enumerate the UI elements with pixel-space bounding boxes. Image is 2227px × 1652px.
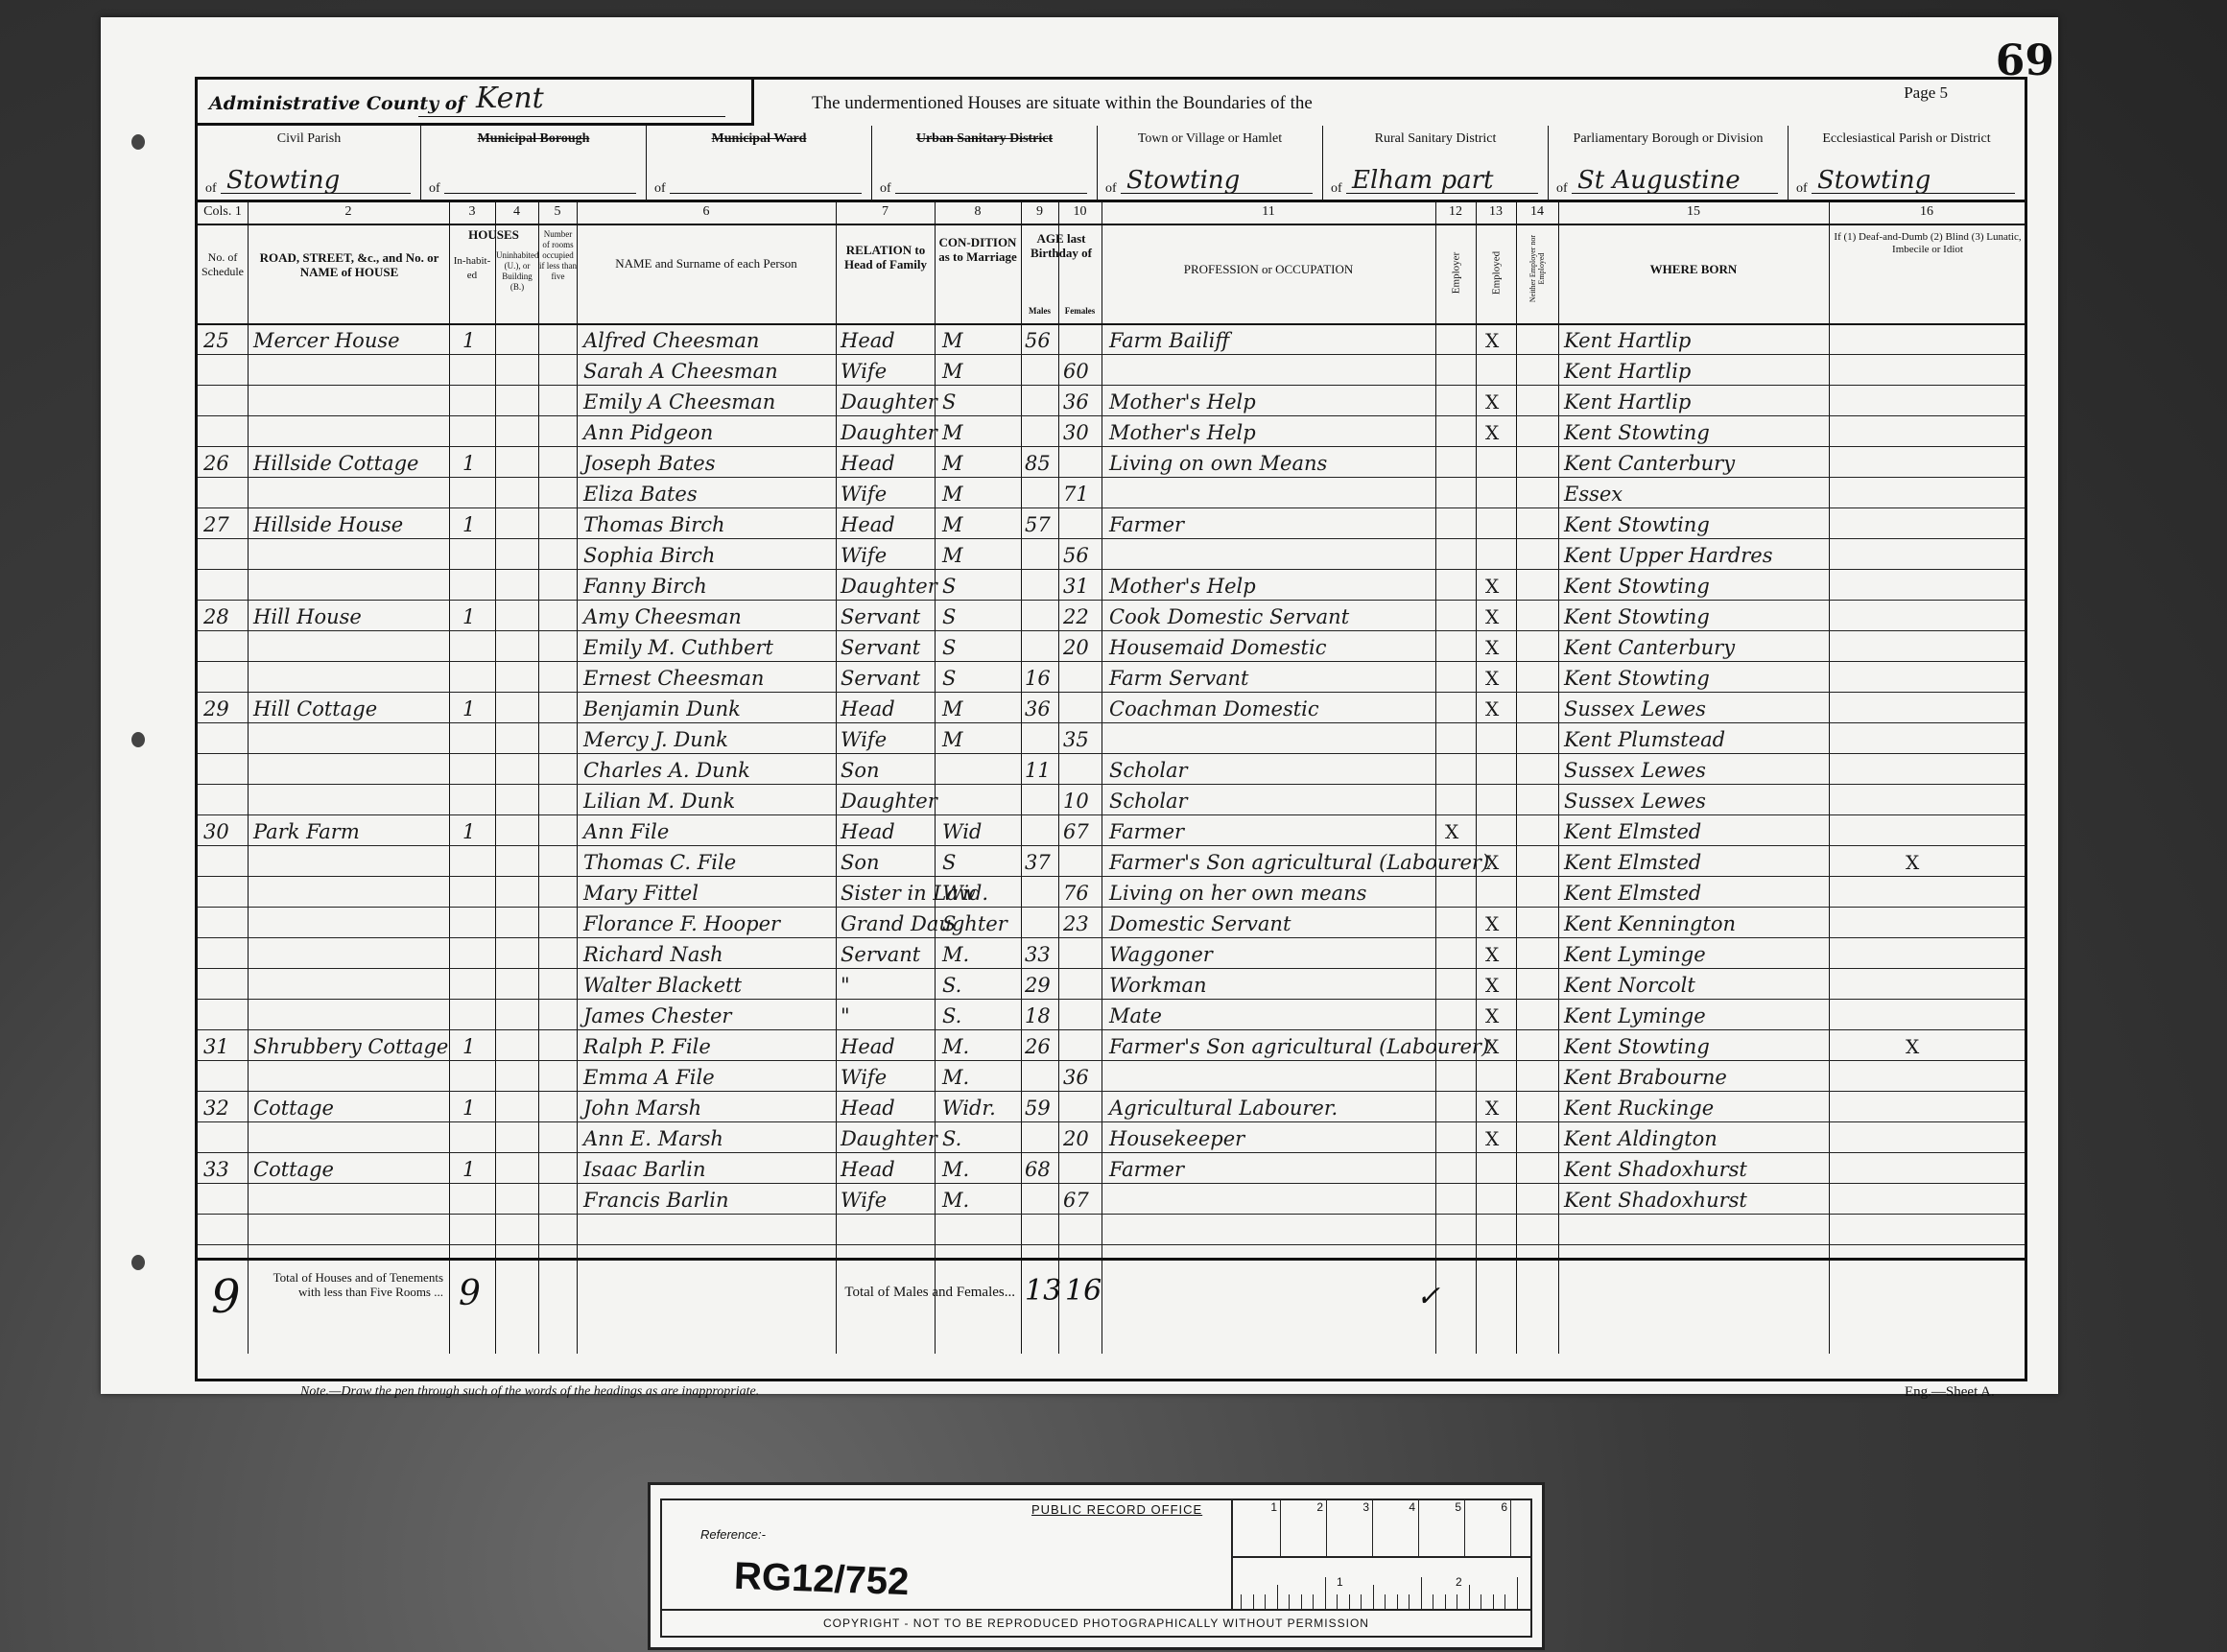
totals-row: 9 Total of Houses and of Tenements with … bbox=[198, 1258, 2025, 1383]
table-row: 28Hill House1Amy CheesmanServantS22Cook … bbox=[198, 600, 2025, 631]
scale-tick bbox=[1504, 1594, 1505, 1610]
cell-female-age: 67 bbox=[1063, 1189, 1089, 1212]
division-label: Civil Parish bbox=[198, 131, 420, 146]
scale-tick bbox=[1445, 1594, 1446, 1610]
county-underline bbox=[418, 116, 725, 117]
cell-name: Ann File bbox=[583, 820, 669, 843]
cell-condition: M bbox=[942, 697, 963, 720]
cell-name: Sarah A Cheesman bbox=[583, 360, 778, 383]
cell-male-age: 18 bbox=[1025, 1004, 1051, 1027]
of-label: of bbox=[429, 181, 440, 197]
cell-schedule: 33 bbox=[203, 1158, 229, 1181]
table-row: 30Park Farm1Ann FileHeadWid67FarmerXKent… bbox=[198, 814, 2025, 846]
houses-total-label: Total of Houses and of Tenements with le… bbox=[253, 1270, 443, 1299]
cell-relation: Head bbox=[841, 1097, 895, 1120]
cell-employed: X bbox=[1485, 390, 1499, 413]
cell-male-age: 11 bbox=[1025, 759, 1051, 782]
cell-relation: Wife bbox=[841, 728, 887, 751]
header-condition: CON-DITION as to Marriage bbox=[936, 235, 1019, 264]
cell-relation: Son bbox=[841, 759, 880, 782]
cell-occupation: Farmer's Son agricultural (Labourer) bbox=[1109, 851, 1489, 874]
cell-where-born: Kent Ruckinge bbox=[1564, 1097, 1714, 1120]
column-headers: No. of Schedule ROAD, STREET, &c., and N… bbox=[198, 224, 2025, 325]
schedules-total: 9 bbox=[211, 1270, 241, 1324]
cell-occupation: Farmer's Son agricultural (Labourer) bbox=[1109, 1035, 1489, 1058]
cell-employed: X bbox=[1485, 912, 1499, 935]
cell-schedule: 28 bbox=[203, 605, 229, 628]
table-row: Emily A CheesmanDaughterS36Mother's Help… bbox=[198, 385, 2025, 416]
cell-inhabited: 1 bbox=[462, 1035, 475, 1058]
cell-name: Ann Pidgeon bbox=[583, 421, 713, 444]
division-underline bbox=[670, 193, 862, 194]
cell-where-born: Kent Lyminge bbox=[1564, 943, 1706, 966]
header-neither: Neither Employer nor Employed bbox=[1528, 224, 1546, 313]
cell-where-born: Kent Plumstead bbox=[1564, 728, 1725, 751]
cell-female-age: 76 bbox=[1063, 882, 1089, 905]
cell-where-born: Kent Elmsted bbox=[1564, 882, 1701, 905]
cell-relation: Wife bbox=[841, 1066, 887, 1089]
column-number: 3 bbox=[449, 204, 495, 220]
division-value: Stowting bbox=[1126, 166, 1240, 195]
cell-female-age: 36 bbox=[1063, 390, 1089, 413]
cell-condition: Wid. bbox=[942, 882, 988, 905]
cell-female-age: 10 bbox=[1063, 790, 1089, 813]
scale-tick bbox=[1241, 1594, 1242, 1610]
cell-occupation: Coachman Domestic bbox=[1109, 697, 1319, 720]
cell-occupation: Mother's Help bbox=[1109, 575, 1256, 598]
cell-relation: Daughter bbox=[841, 1127, 937, 1150]
table-row: Sophia BirchWifeM56Kent Upper Hardres bbox=[198, 538, 2025, 570]
cell-name: Fanny Birch bbox=[583, 575, 707, 598]
division-value: St Augustine bbox=[1577, 166, 1741, 195]
cell-female-age: 36 bbox=[1063, 1066, 1089, 1089]
column-number: 11 bbox=[1102, 204, 1435, 220]
cell-where-born: Kent Stowting bbox=[1564, 605, 1710, 628]
column-number: 2 bbox=[248, 204, 449, 220]
scale-bottom: 1 2 bbox=[1233, 1556, 1530, 1610]
of-label: of bbox=[1556, 181, 1568, 197]
table-row: Florance F. HooperGrand DaughterS23Domes… bbox=[198, 907, 2025, 938]
division-label: Municipal Ward bbox=[647, 131, 871, 146]
cell-occupation: Farmer bbox=[1109, 1158, 1184, 1181]
cell-condition: M bbox=[942, 728, 963, 751]
column-number: 16 bbox=[1829, 204, 2025, 220]
header-relation: RELATION to Head of Family bbox=[839, 243, 933, 271]
cell-name: Sophia Birch bbox=[583, 544, 715, 567]
cell-occupation: Workman bbox=[1109, 974, 1207, 997]
header-employed: Employed bbox=[1490, 235, 1504, 312]
public-record-office-label: PUBLIC RECORD OFFICE bbox=[1031, 1502, 1202, 1517]
header-name: NAME and Surname of each Person bbox=[581, 256, 831, 271]
table-row: Charles A. DunkSon11ScholarSussex Lewes bbox=[198, 753, 2025, 785]
cell-name: Ann E. Marsh bbox=[583, 1127, 723, 1150]
cell-occupation: Farm Bailiff bbox=[1109, 329, 1229, 352]
cell-where-born: Kent Elmsted bbox=[1564, 820, 1701, 843]
table-row: 33Cottage1Isaac BarlinHeadM.68FarmerKent… bbox=[198, 1152, 2025, 1184]
cell-condition: S bbox=[942, 667, 956, 690]
cell-name: Mercy J. Dunk bbox=[583, 728, 728, 751]
cell-where-born: Kent Hartlip bbox=[1564, 360, 1691, 383]
cell-condition: S. bbox=[942, 974, 961, 997]
cell-occupation: Cook Domestic Servant bbox=[1109, 605, 1349, 628]
cell-condition: M. bbox=[942, 1066, 969, 1089]
cell-employed: X bbox=[1485, 974, 1499, 997]
cell-name: Thomas C. File bbox=[583, 851, 736, 874]
cell-name: Emily A Cheesman bbox=[583, 390, 775, 413]
scale-tick bbox=[1373, 1585, 1374, 1610]
of-label: of bbox=[1331, 181, 1342, 197]
scale-tick bbox=[1409, 1594, 1410, 1610]
cell-employed: X bbox=[1485, 943, 1499, 966]
cell-employed: X bbox=[1485, 605, 1499, 628]
cell-occupation: Mother's Help bbox=[1109, 390, 1256, 413]
cell-relation: Wife bbox=[841, 360, 887, 383]
scale-tick bbox=[1397, 1594, 1398, 1610]
cell-relation: Servant bbox=[841, 667, 920, 690]
cell-road: Cottage bbox=[253, 1158, 334, 1181]
cell-condition: M. bbox=[942, 1189, 969, 1212]
cell-employed: X bbox=[1485, 636, 1499, 659]
cell-where-born: Kent Stowting bbox=[1564, 667, 1710, 690]
cell-condition: M bbox=[942, 329, 963, 352]
table-row: Mary FittelSister in LawWid.76Living on … bbox=[198, 876, 2025, 908]
cell-condition: Wid bbox=[942, 820, 982, 843]
census-sheet: 69 Administrative County of Kent The und… bbox=[101, 17, 2058, 1394]
of-label: of bbox=[880, 181, 891, 197]
cell-occupation: Waggoner bbox=[1109, 943, 1213, 966]
table-row: Mercy J. DunkWifeM35Kent Plumstead bbox=[198, 722, 2025, 754]
table-row: Fanny BirchDaughterS31Mother's HelpXKent… bbox=[198, 569, 2025, 601]
cell-employed: X bbox=[1485, 851, 1499, 874]
cell-occupation: Farmer bbox=[1109, 513, 1184, 536]
cell-name: John Marsh bbox=[583, 1097, 701, 1120]
cell-condition: M bbox=[942, 360, 963, 383]
scale-mark: 2 bbox=[1456, 1575, 1462, 1589]
cell-employed: X bbox=[1485, 329, 1499, 352]
table-row: James Chester"S.18MateXKent Lyminge bbox=[198, 999, 2025, 1030]
division-label: Municipal Borough bbox=[421, 131, 646, 146]
cell-female-age: 23 bbox=[1063, 912, 1089, 935]
cell-where-born: Sussex Lewes bbox=[1564, 759, 1706, 782]
cell-inhabited: 1 bbox=[462, 1097, 475, 1120]
cell-name: Lilian M. Dunk bbox=[583, 790, 735, 813]
cell-condition: S bbox=[942, 636, 956, 659]
cell-name: Charles A. Dunk bbox=[583, 759, 750, 782]
table-row: 27Hillside House1Thomas BirchHeadM57Farm… bbox=[198, 507, 2025, 539]
cell-where-born: Kent Lyminge bbox=[1564, 1004, 1706, 1027]
cell-male-age: 26 bbox=[1025, 1035, 1051, 1058]
cell-male-age: 16 bbox=[1025, 667, 1051, 690]
cell-relation: Servant bbox=[841, 636, 920, 659]
division-rural-sanitary-district: Rural Sanitary District of Elham part bbox=[1323, 126, 1549, 202]
page-label: Page 5 bbox=[1904, 83, 1948, 103]
cell-male-age: 36 bbox=[1025, 697, 1051, 720]
cell-relation: Servant bbox=[841, 943, 920, 966]
scale-tick bbox=[1265, 1594, 1266, 1610]
division-value: Stowting bbox=[226, 166, 340, 195]
cell-where-born: Sussex Lewes bbox=[1564, 790, 1706, 813]
cell-occupation: Scholar bbox=[1109, 790, 1188, 813]
cell-employed: X bbox=[1485, 1004, 1499, 1027]
scale-tick bbox=[1301, 1594, 1302, 1610]
cell-name: Florance F. Hooper bbox=[583, 912, 780, 935]
division-label: Parliamentary Borough or Division bbox=[1549, 131, 1788, 146]
column-number: 5 bbox=[538, 204, 577, 220]
cell-male-age: 57 bbox=[1025, 513, 1051, 536]
division-value: Elham part bbox=[1352, 166, 1493, 195]
header-schedule: No. of Schedule bbox=[200, 250, 246, 279]
reference-slip: PUBLIC RECORD OFFICE Reference:- RG12/75… bbox=[648, 1482, 1545, 1650]
punch-hole bbox=[131, 732, 145, 747]
table-row: 26Hillside Cottage1Joseph BatesHeadM85Li… bbox=[198, 446, 2025, 478]
cell-schedule: 25 bbox=[203, 329, 229, 352]
scale-mark: 3 bbox=[1327, 1500, 1373, 1556]
cell-where-born: Kent Stowting bbox=[1564, 1035, 1710, 1058]
division-ecclesiastical-parish: Ecclesiastical Parish or District of Sto… bbox=[1789, 126, 2025, 202]
cell-where-born: Essex bbox=[1564, 483, 1623, 506]
scale-tick bbox=[1313, 1594, 1314, 1610]
header-rooms: Number of rooms occupied if less than fi… bbox=[539, 229, 577, 282]
division-underline bbox=[444, 193, 636, 194]
cell-infirmity: X bbox=[1906, 851, 1919, 874]
column-number: 10 bbox=[1058, 204, 1102, 220]
header-infirmity: If (1) Deaf-and-Dumb (2) Blind (3) Lunat… bbox=[1833, 231, 2023, 256]
cell-name: Joseph Bates bbox=[583, 452, 716, 475]
check-mark: ✓ bbox=[1416, 1280, 1440, 1313]
scale-tick bbox=[1361, 1594, 1362, 1610]
scale-mark: 1 bbox=[1337, 1575, 1343, 1589]
reference-slip-frame: PUBLIC RECORD OFFICE Reference:- RG12/75… bbox=[660, 1499, 1532, 1638]
division-parliamentary-borough: Parliamentary Borough or Division of St … bbox=[1549, 126, 1789, 202]
cell-schedule: 26 bbox=[203, 452, 229, 475]
table-row: Lilian M. DunkDaughter10ScholarSussex Le… bbox=[198, 784, 2025, 815]
cell-relation: Head bbox=[841, 1035, 895, 1058]
cell-female-age: 20 bbox=[1063, 636, 1089, 659]
males-total: 13 bbox=[1025, 1274, 1061, 1308]
cell-employed: X bbox=[1485, 1035, 1499, 1058]
scale-mark: 5 bbox=[1419, 1500, 1465, 1556]
cell-condition: M bbox=[942, 421, 963, 444]
cell-where-born: Kent Upper Hardres bbox=[1564, 544, 1772, 567]
cell-female-age: 35 bbox=[1063, 728, 1089, 751]
persons-total-label: Total of Males and Females... bbox=[677, 1286, 1015, 1300]
cell-male-age: 56 bbox=[1025, 329, 1051, 352]
header-age: AGE last Birthday of bbox=[1021, 231, 1102, 260]
scale-tick bbox=[1457, 1594, 1457, 1610]
cell-occupation: Housekeeper bbox=[1109, 1127, 1244, 1150]
cell-name: James Chester bbox=[583, 1004, 731, 1027]
cell-name: Alfred Cheesman bbox=[583, 329, 759, 352]
cell-relation: " bbox=[841, 1004, 850, 1027]
footer-note: Note.—Draw the pen through such of the w… bbox=[300, 1384, 759, 1400]
cell-condition: M. bbox=[942, 1035, 969, 1058]
cell-road: Shrubbery Cottage bbox=[253, 1035, 448, 1058]
scale-mark: 1 bbox=[1233, 1500, 1281, 1556]
header-houses: HOUSES bbox=[449, 227, 538, 242]
cell-road: Hill House bbox=[253, 605, 362, 628]
cell-where-born: Kent Aldington bbox=[1564, 1127, 1718, 1150]
division-label: Ecclesiastical Parish or District bbox=[1789, 131, 2025, 146]
cell-relation: Servant bbox=[841, 605, 920, 628]
punch-hole bbox=[131, 134, 145, 150]
cell-where-born: Kent Hartlip bbox=[1564, 329, 1691, 352]
cell-where-born: Kent Elmsted bbox=[1564, 851, 1701, 874]
census-form: Administrative County of Kent The underm… bbox=[195, 77, 2027, 1381]
column-number: 4 bbox=[495, 204, 538, 220]
scale-tick bbox=[1469, 1585, 1470, 1610]
cell-where-born: Kent Stowting bbox=[1564, 513, 1710, 536]
cell-condition: S. bbox=[942, 1004, 961, 1027]
division-urban-sanitary-district: Urban Sanitary District of bbox=[872, 126, 1098, 202]
cell-occupation: Living on her own means bbox=[1109, 882, 1366, 905]
cell-condition: S bbox=[942, 912, 956, 935]
copyright-notice: COPYRIGHT - NOT TO BE REPRODUCED PHOTOGR… bbox=[662, 1609, 1530, 1636]
cell-name: Isaac Barlin bbox=[583, 1158, 706, 1181]
houses-total: 9 bbox=[459, 1274, 481, 1313]
cell-relation: Head bbox=[841, 1158, 895, 1181]
boundaries-text: The undermentioned Houses are situate wi… bbox=[812, 93, 1313, 114]
cell-where-born: Kent Hartlip bbox=[1564, 390, 1691, 413]
header-occupation: PROFESSION or OCCUPATION bbox=[1102, 262, 1435, 276]
header-females: Females bbox=[1058, 304, 1102, 319]
table-row: 32Cottage1John MarshHeadWidr.59Agricultu… bbox=[198, 1091, 2025, 1122]
scale-mark: 4 bbox=[1373, 1500, 1419, 1556]
cell-schedule: 29 bbox=[203, 697, 229, 720]
table-row: 25Mercer House1Alfred CheesmanHeadM56Far… bbox=[198, 323, 2025, 355]
cell-occupation: Farm Servant bbox=[1109, 667, 1249, 690]
header-road: ROAD, STREET, &c., and No. or NAME of HO… bbox=[251, 250, 447, 279]
cell-condition: M bbox=[942, 483, 963, 506]
cell-inhabited: 1 bbox=[462, 820, 475, 843]
of-label: of bbox=[654, 181, 666, 197]
table-row: Richard NashServantM.33WaggonerXKent Lym… bbox=[198, 937, 2025, 969]
cell-condition: M. bbox=[942, 943, 969, 966]
cell-relation: Head bbox=[841, 329, 895, 352]
cell-condition: S bbox=[942, 575, 956, 598]
administrative-county-box: Administrative County of Kent bbox=[198, 80, 754, 126]
cell-condition: M bbox=[942, 452, 963, 475]
scale-tick bbox=[1517, 1577, 1518, 1610]
cell-relation: Head bbox=[841, 820, 895, 843]
reference-label: Reference:- bbox=[700, 1527, 766, 1542]
table-row-blank bbox=[198, 1214, 2025, 1245]
cell-male-age: 85 bbox=[1025, 452, 1051, 475]
table-row: 29Hill Cottage1Benjamin DunkHeadM36Coach… bbox=[198, 692, 2025, 723]
column-number: 14 bbox=[1516, 204, 1558, 220]
cell-relation: Daughter bbox=[841, 390, 937, 413]
header-males: Males bbox=[1021, 304, 1058, 319]
cell-female-age: 20 bbox=[1063, 1127, 1089, 1150]
administrative-divisions: Civil Parish of Stowting Municipal Borou… bbox=[198, 126, 2025, 202]
cell-relation: Wife bbox=[841, 544, 887, 567]
cell-occupation: Domestic Servant bbox=[1109, 912, 1291, 935]
cell-name: Emily M. Cuthbert bbox=[583, 636, 773, 659]
cell-male-age: 59 bbox=[1025, 1097, 1051, 1120]
cell-occupation: Farmer bbox=[1109, 820, 1184, 843]
column-number: 8 bbox=[935, 204, 1021, 220]
cell-schedule: 32 bbox=[203, 1097, 229, 1120]
table-row: Ernest CheesmanServantS16Farm ServantXKe… bbox=[198, 661, 2025, 693]
cell-relation: Grand Daughter bbox=[841, 912, 1007, 935]
cell-road: Mercer House bbox=[253, 329, 400, 352]
cell-schedule: 31 bbox=[203, 1035, 229, 1058]
cell-name: Benjamin Dunk bbox=[583, 697, 741, 720]
division-label: Urban Sanitary District bbox=[872, 131, 1097, 146]
column-number: 6 bbox=[577, 204, 836, 220]
cell-name: Eliza Bates bbox=[583, 483, 698, 506]
cell-where-born: Kent Brabourne bbox=[1564, 1066, 1727, 1089]
sheet-label: Eng.—Sheet A. bbox=[1905, 1384, 1995, 1401]
table-row: Ann E. MarshDaughterS.20HousekeeperXKent… bbox=[198, 1121, 2025, 1153]
column-number: 9 bbox=[1021, 204, 1058, 220]
cell-occupation: Housemaid Domestic bbox=[1109, 636, 1326, 659]
cell-road: Park Farm bbox=[253, 820, 360, 843]
scale-tick bbox=[1325, 1577, 1326, 1610]
table-row: Emma A FileWifeM.36Kent Brabourne bbox=[198, 1060, 2025, 1092]
cell-male-age: 33 bbox=[1025, 943, 1051, 966]
table-row: Emily M. CuthbertServantS20Housemaid Dom… bbox=[198, 630, 2025, 662]
cell-occupation: Agricultural Labourer. bbox=[1109, 1097, 1338, 1120]
scale-tick bbox=[1433, 1594, 1433, 1610]
cell-relation: Wife bbox=[841, 483, 887, 506]
cell-inhabited: 1 bbox=[462, 329, 475, 352]
cell-road: Cottage bbox=[253, 1097, 334, 1120]
division-label: Rural Sanitary District bbox=[1323, 131, 1548, 146]
table-row: Sarah A CheesmanWifeM60Kent Hartlip bbox=[198, 354, 2025, 386]
cell-relation: Head bbox=[841, 513, 895, 536]
punch-hole bbox=[131, 1255, 145, 1270]
cell-name: Thomas Birch bbox=[583, 513, 725, 536]
cell-occupation: Living on own Means bbox=[1109, 452, 1327, 475]
of-label: of bbox=[1796, 181, 1808, 197]
cell-occupation: Mother's Help bbox=[1109, 421, 1256, 444]
scale-tick bbox=[1385, 1594, 1386, 1610]
column-number: 15 bbox=[1558, 204, 1829, 220]
reference-number: RG12/752 bbox=[733, 1555, 910, 1604]
cell-employed: X bbox=[1485, 1097, 1499, 1120]
scale-tick bbox=[1289, 1594, 1290, 1610]
cell-employed: X bbox=[1485, 1127, 1499, 1150]
cell-condition: M. bbox=[942, 1158, 969, 1181]
cell-where-born: Kent Canterbury bbox=[1564, 452, 1735, 475]
header-uninhabited: Uninhabited (U.), or Building (B.) bbox=[496, 250, 538, 293]
cell-relation: " bbox=[841, 974, 850, 997]
header-where-born: WHERE BORN bbox=[1558, 262, 1829, 276]
cell-male-age: 29 bbox=[1025, 974, 1051, 997]
cell-where-born: Kent Stowting bbox=[1564, 575, 1710, 598]
table-row: Walter Blackett"S.29WorkmanXKent Norcolt bbox=[198, 968, 2025, 1000]
administrative-county-label: Administrative County of bbox=[209, 93, 465, 114]
cell-female-age: 60 bbox=[1063, 360, 1089, 383]
administrative-county-value: Kent bbox=[476, 82, 544, 115]
cell-schedule: 27 bbox=[203, 513, 229, 536]
cell-female-age: 56 bbox=[1063, 544, 1089, 567]
cell-road: Hillside House bbox=[253, 513, 403, 536]
scale-tick bbox=[1421, 1577, 1422, 1610]
cell-name: Walter Blackett bbox=[583, 974, 742, 997]
cell-inhabited: 1 bbox=[462, 452, 475, 475]
column-number: 12 bbox=[1435, 204, 1476, 220]
division-label: Town or Village or Hamlet bbox=[1098, 131, 1322, 146]
header-inhabited: In-habit-ed bbox=[449, 254, 495, 283]
cell-name: Ernest Cheesman bbox=[583, 667, 764, 690]
cell-relation: Wife bbox=[841, 1189, 887, 1212]
column-numbers: Cols. 1 2 3 4 5 6 7 8 9 10 11 12 13 14 1… bbox=[198, 202, 2025, 225]
table-row: Ann PidgeonDaughterM30Mother's HelpXKent… bbox=[198, 415, 2025, 447]
cell-inhabited: 1 bbox=[462, 1158, 475, 1181]
cell-employed: X bbox=[1485, 575, 1499, 598]
cell-male-age: 68 bbox=[1025, 1158, 1051, 1181]
